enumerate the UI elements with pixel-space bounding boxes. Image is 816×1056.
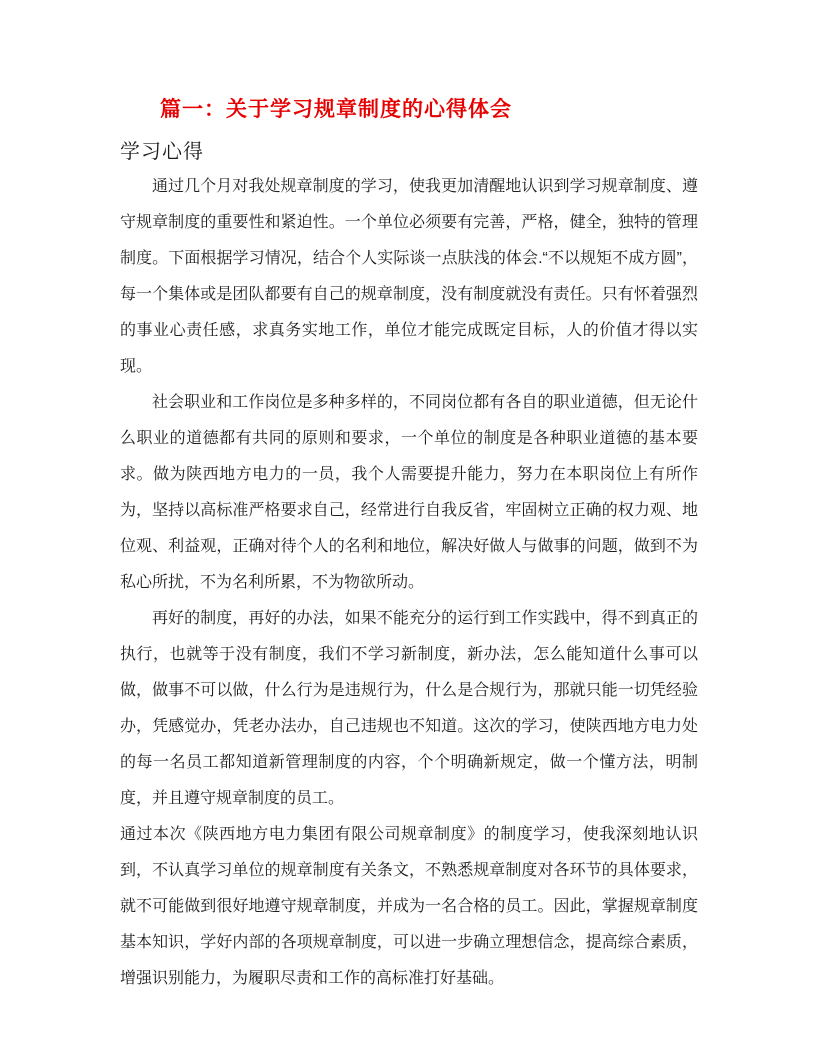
section-heading: 学习心得 bbox=[120, 139, 698, 165]
paragraph-2: 社会职业和工作岗位是多种多样的，不同岗位都有各自的职业道德，但无论什么职业的道德… bbox=[120, 385, 698, 601]
paragraph-3: 再好的制度，再好的办法，如果不能充分的运行到工作实践中，得不到真正的执行，也就等… bbox=[120, 601, 698, 817]
paragraph-1: 通过几个月对我处规章制度的学习，使我更加清醒地认识到学习规章制度、遵守规章制度的… bbox=[120, 169, 698, 385]
document-body: 通过几个月对我处规章制度的学习，使我更加清醒地认识到学习规章制度、遵守规章制度的… bbox=[120, 169, 698, 997]
paragraph-4: 通过本次《陕西地方电力集团有限公司规章制度》的制度学习，使我深刻地认识到，不认真… bbox=[120, 817, 698, 997]
document-page: 篇一：关于学习规章制度的心得体会 学习心得 通过几个月对我处规章制度的学习，使我… bbox=[0, 0, 816, 1056]
document-title: 篇一：关于学习规章制度的心得体会 bbox=[160, 96, 698, 124]
